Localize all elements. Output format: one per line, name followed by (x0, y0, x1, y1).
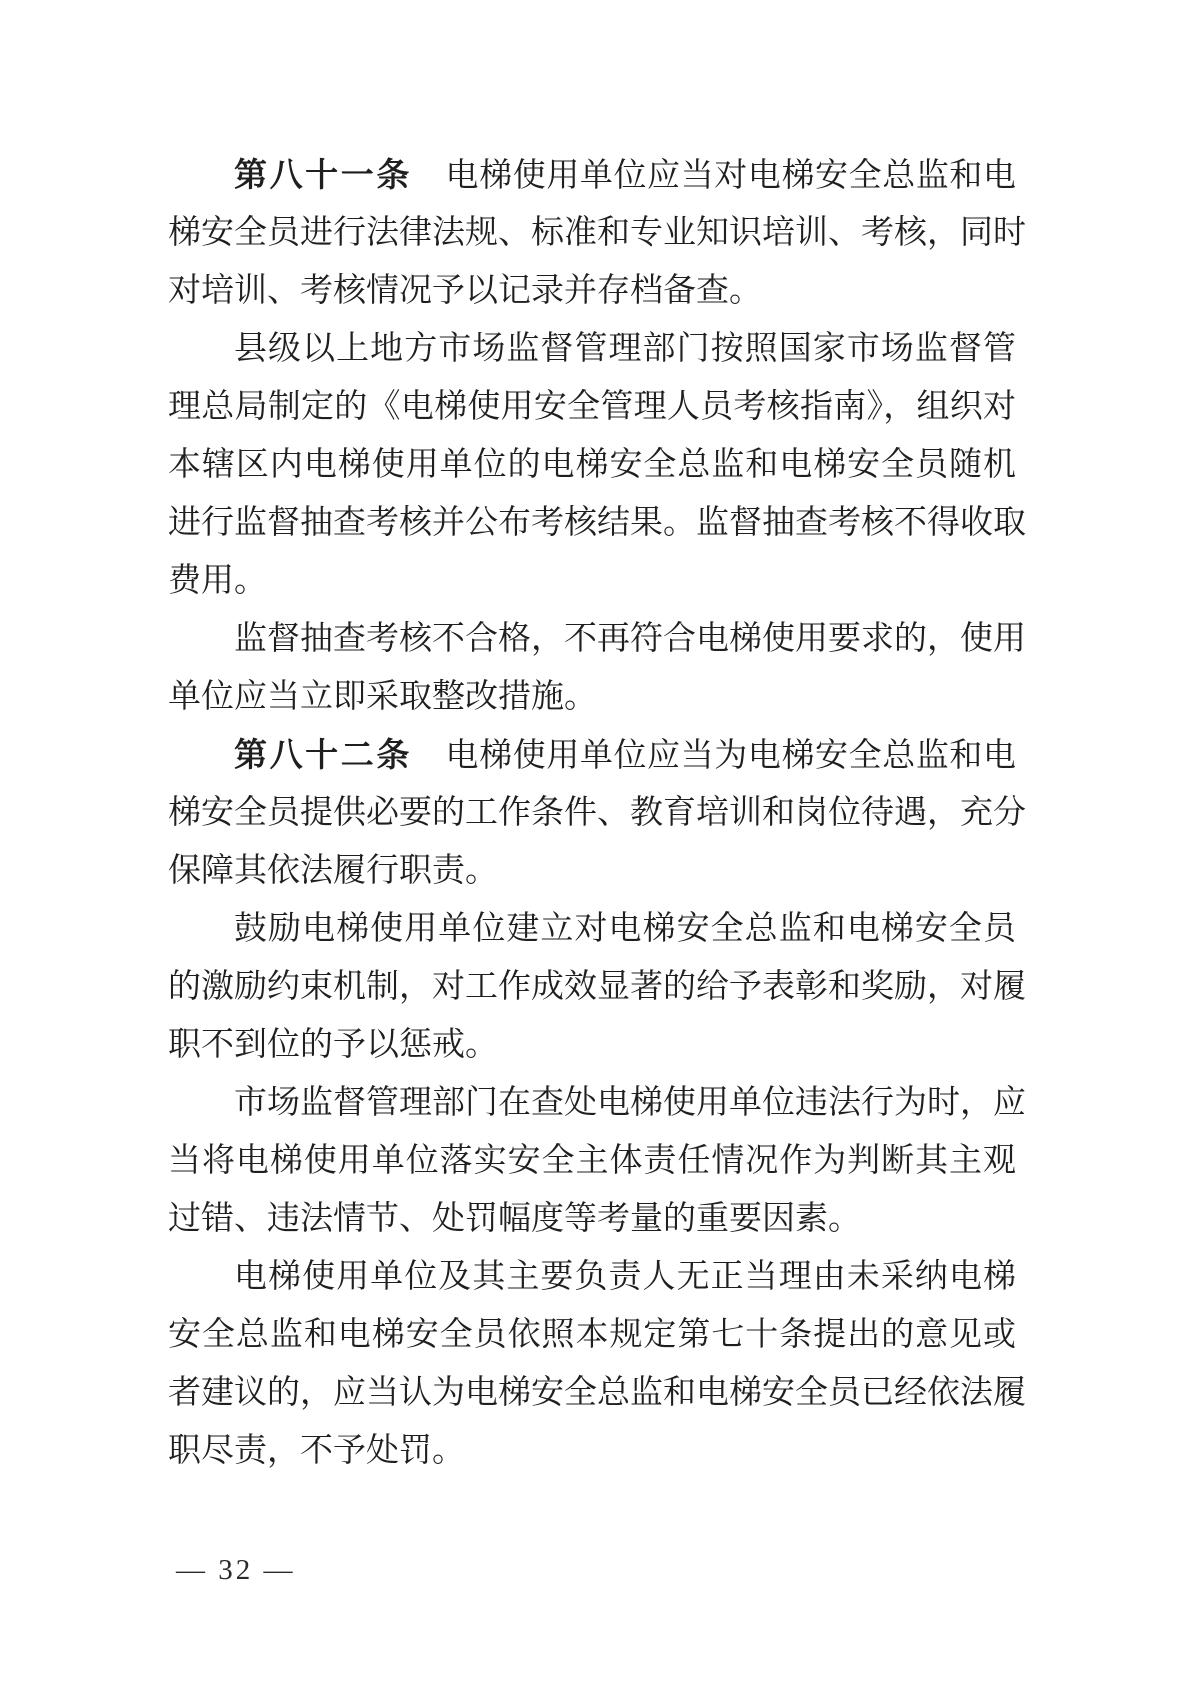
text-line: 梯安全员进行法律法规、标准和专业知识培训、考核，同时 (168, 204, 1016, 262)
text-line: 理总局制定的《电梯使用安全管理人员考核指南》，组织对 (168, 378, 1016, 436)
text-line: 县级以上地方市场监督管理部门按照国家市场监督管 (168, 320, 1016, 378)
text-line: 第八十一条 电梯使用单位应当对电梯安全总监和电 (168, 146, 1016, 204)
text-line: 过错、违法情节、处罚幅度等考量的重要因素。 (168, 1190, 1016, 1248)
article-number: 第八十一条 (234, 156, 412, 193)
text-line: 职尽责，不予处罚。 (168, 1422, 1016, 1480)
text-line: 费用。 (168, 552, 1016, 610)
text-line: 职不到位的予以惩戒。 (168, 1016, 1016, 1074)
text-line: 对培训、考核情况予以记录并存档备查。 (168, 262, 1016, 320)
text-line: 第八十二条 电梯使用单位应当为电梯安全总监和电 (168, 726, 1016, 784)
document-page: 第八十一条 电梯使用单位应当对电梯安全总监和电梯安全员进行法律法规、标准和专业知… (0, 0, 1190, 1683)
text-line: 监督抽查考核不合格，不再符合电梯使用要求的，使用 (168, 610, 1016, 668)
text-line: 的激励约束机制，对工作成效显著的给予表彰和奖励，对履 (168, 958, 1016, 1016)
text-line: 保障其依法履行职责。 (168, 842, 1016, 900)
text-line: 单位应当立即采取整改措施。 (168, 668, 1016, 726)
text-line: 市场监督管理部门在查处电梯使用单位违法行为时，应 (168, 1074, 1016, 1132)
page-number: — 32 — (176, 1548, 296, 1592)
text-line: 者建议的，应当认为电梯安全总监和电梯安全员已经依法履 (168, 1364, 1016, 1422)
text-line: 电梯使用单位及其主要负责人无正当理由未采纳电梯 (168, 1248, 1016, 1306)
text-line: 进行监督抽查考核并公布考核结果。监督抽查考核不得收取 (168, 494, 1016, 552)
text-line: 鼓励电梯使用单位建立对电梯安全总监和电梯安全员 (168, 900, 1016, 958)
body-text: 第八十一条 电梯使用单位应当对电梯安全总监和电梯安全员进行法律法规、标准和专业知… (168, 146, 1016, 1480)
text-line: 本辖区内电梯使用单位的电梯安全总监和电梯安全员随机 (168, 436, 1016, 494)
article-number: 第八十二条 (234, 736, 412, 773)
text-line: 安全总监和电梯安全员依照本规定第七十条提出的意见或 (168, 1306, 1016, 1364)
text-line: 当将电梯使用单位落实安全主体责任情况作为判断其主观 (168, 1132, 1016, 1190)
text-line: 梯安全员提供必要的工作条件、教育培训和岗位待遇，充分 (168, 784, 1016, 842)
